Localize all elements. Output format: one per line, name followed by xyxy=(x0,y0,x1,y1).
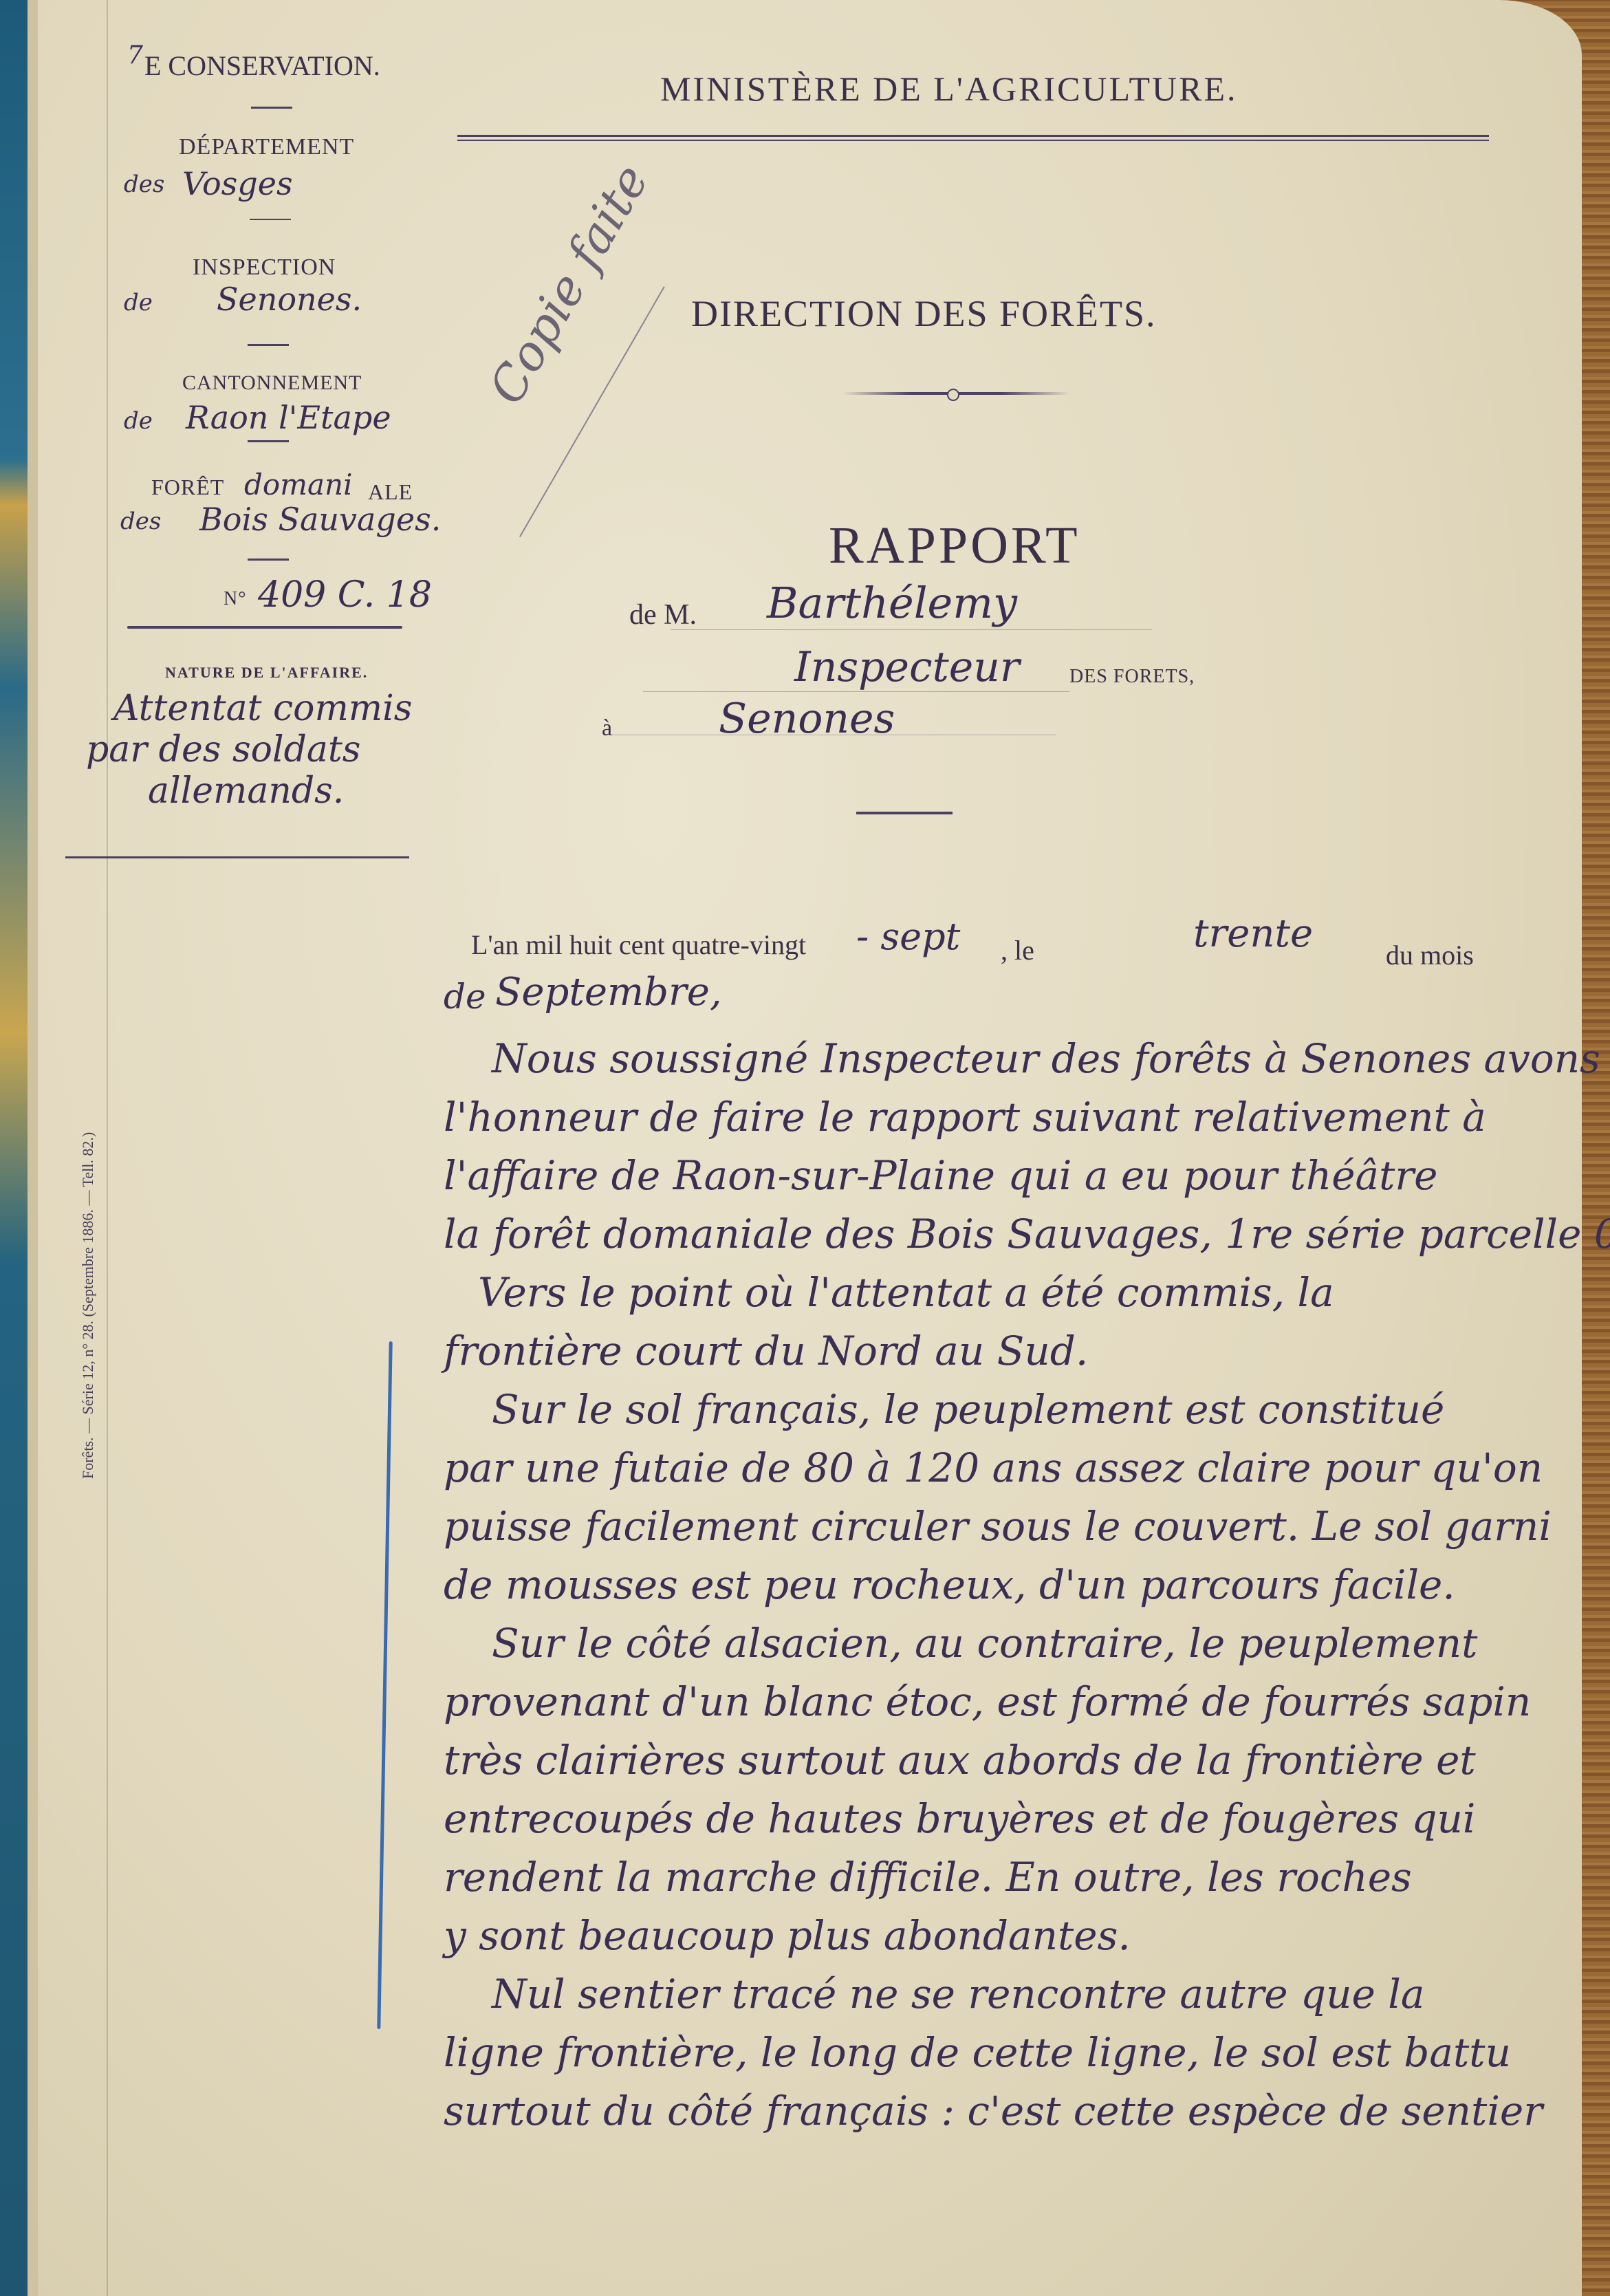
departement-value: Vosges xyxy=(182,165,293,202)
header-double-rule xyxy=(457,135,1489,137)
margin-fold-line xyxy=(107,0,108,2296)
inspection-label: INSPECTION xyxy=(193,254,336,281)
sidebar-divider xyxy=(250,219,291,220)
ministry-heading: MINISTÈRE DE L'AGRICULTURE. xyxy=(660,69,1238,109)
nature-affaire-label: NATURE DE L'AFFAIRE. xyxy=(165,664,368,682)
body-line: rendent la marche difficile. En outre, l… xyxy=(444,1854,1412,1900)
de-m-label: de M. xyxy=(629,598,697,631)
date-day-handwritten: trente xyxy=(1193,911,1313,956)
date-year-handwritten: - sept xyxy=(856,915,960,958)
body-line: Sur le sol français, le peuplement est c… xyxy=(492,1386,1444,1433)
departement-prefix: des xyxy=(124,171,164,198)
foret-label: FORÊT xyxy=(151,475,224,500)
body-line: ligne frontière, le long de cette ligne,… xyxy=(444,2029,1511,2076)
sidebar-ornamental-rule xyxy=(127,626,402,629)
body-line: de mousses est peu rocheux, d'un parcour… xyxy=(444,1561,1455,1608)
fill-line xyxy=(671,629,1152,630)
numero-value: 409 C. 18 xyxy=(258,574,432,616)
body-line: Nul sentier tracé ne se rencontre autre … xyxy=(492,1971,1424,2017)
date-printed-3: du mois xyxy=(1386,939,1474,971)
nature-affaire-line: Attentat commis xyxy=(113,688,412,729)
foret-handwritten: domani xyxy=(244,468,353,501)
inspection-prefix: de xyxy=(124,289,153,316)
author-role: Inspecteur xyxy=(794,643,1020,691)
body-line: entrecoupés de hautes bruyères et de fou… xyxy=(444,1795,1475,1842)
document-page: 7 e CONSERVATION. DÉPARTEMENT des Vosges… xyxy=(38,0,1582,2296)
foret-prefix: des xyxy=(120,508,161,535)
departement-label: DÉPARTEMENT xyxy=(179,134,354,160)
inspection-value: Senones. xyxy=(217,281,362,318)
cantonnement-prefix: de xyxy=(124,407,153,435)
cantonnement-value: Raon l'Etape xyxy=(186,399,391,436)
print-imprint: Forêts. — Série 12, n° 28. (Septembre 18… xyxy=(79,1132,97,1479)
a-label: à xyxy=(602,715,612,741)
body-line: Sur le côté alsacien, au contraire, le p… xyxy=(492,1620,1477,1667)
body-line: la forêt domaniale des Bois Sauvages, 1r… xyxy=(444,1211,1610,1257)
body-line: Vers le point où l'attentat a été commis… xyxy=(478,1269,1334,1316)
sidebar-divider xyxy=(251,107,292,109)
date-printed-1: L'an mil huit cent quatre-vingt xyxy=(471,929,806,961)
fill-line xyxy=(609,735,1056,735)
author-name: Barthélemy xyxy=(767,578,1017,628)
body-line: puisse facilement circuler sous le couve… xyxy=(444,1503,1552,1550)
body-line: par une futaie de 80 à 120 ans assez cla… xyxy=(444,1444,1543,1491)
date-month-handwritten: Septembre, xyxy=(495,970,722,1015)
body-line: l'honneur de faire le rapport suivant re… xyxy=(444,1094,1486,1140)
body-line: frontière court du Nord au Sud. xyxy=(444,1328,1088,1374)
body-line: l'affaire de Raon-sur-Plaine qui a eu po… xyxy=(444,1152,1437,1199)
date-printed-2: , le xyxy=(1001,934,1034,966)
body-line: provenant d'un blanc étoc, est formé de … xyxy=(444,1678,1531,1725)
role-suffix: DES FORETS, xyxy=(1069,666,1195,688)
sidebar-bottom-rule xyxy=(65,856,409,858)
sidebar-divider xyxy=(248,440,289,442)
blue-margin-mark xyxy=(377,1341,392,2029)
nature-affaire-line: allemands. xyxy=(148,770,344,812)
body-line: très clairières surtout aux abords de la… xyxy=(444,1737,1476,1784)
direction-heading: DIRECTION DES FORÊTS. xyxy=(691,292,1157,335)
author-location: Senones xyxy=(719,695,895,743)
conservation-label: e CONSERVATION. xyxy=(144,50,380,82)
date-printed-4: de xyxy=(444,977,486,1017)
ornamental-divider-center xyxy=(947,389,959,401)
title-short-rule xyxy=(856,812,953,814)
body-line: surtout du côté français : c'est cette e… xyxy=(444,2088,1543,2134)
sidebar-divider xyxy=(248,559,289,561)
header-double-rule xyxy=(457,140,1489,141)
foret-value: Bois Sauvages. xyxy=(199,501,441,538)
cantonnement-label: CANTONNEMENT xyxy=(182,371,362,395)
pencil-annotation: Copie faite xyxy=(478,155,660,413)
numero-label: N° xyxy=(224,588,246,610)
body-line: y sont beaucoup plus abondantes. xyxy=(444,1912,1131,1959)
conservation-number: 7 xyxy=(127,41,143,69)
nature-affaire-line: par des soldats xyxy=(86,729,360,770)
sidebar-divider xyxy=(248,344,289,346)
report-title: RAPPORT xyxy=(829,516,1080,576)
fill-line xyxy=(643,691,1069,692)
body-line: Nous soussigné Inspecteur des forêts à S… xyxy=(492,1035,1600,1082)
